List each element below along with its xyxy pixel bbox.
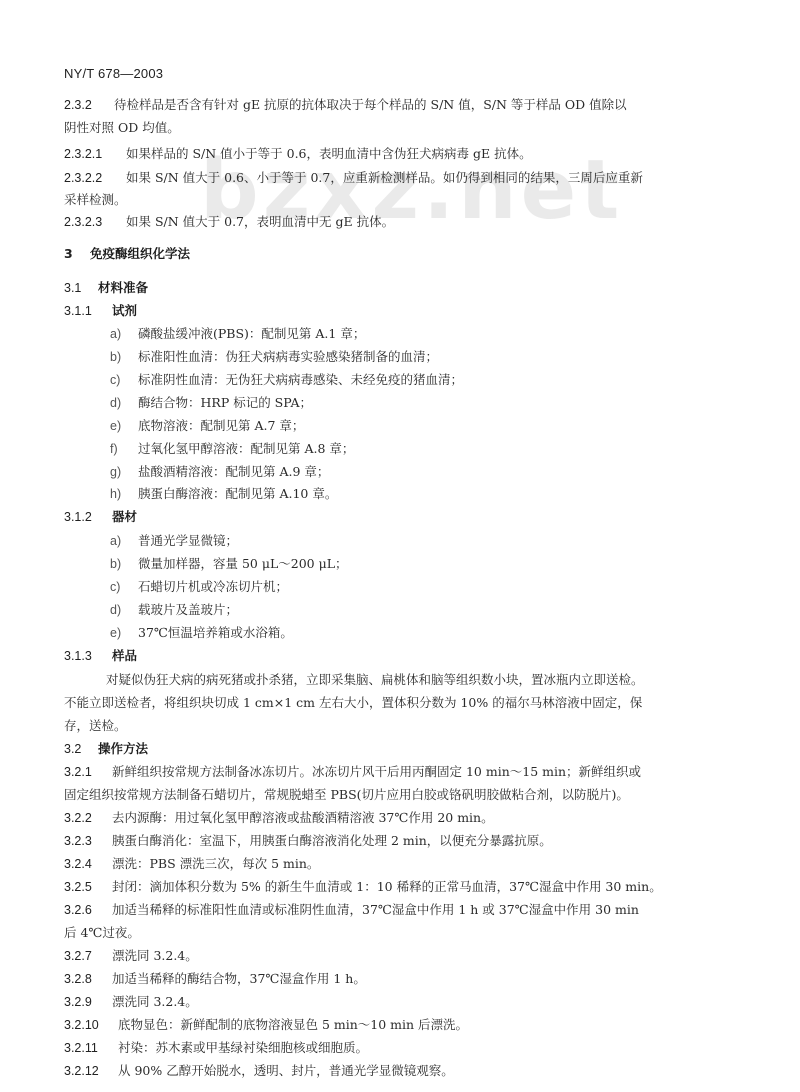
document-page: NY/T 678—2003 bzxz.net 2.3.2 待检样品是否含有针对 … (0, 0, 800, 1092)
list-label: a) (110, 533, 138, 549)
list-item: g)盐酸酒精溶液：配制见第 A.9 章； (110, 464, 782, 480)
list-item: a)磷酸盐缓冲液(PBS)：配制见第 A.1 章； (110, 326, 782, 342)
list-text: 石蜡切片机或冷冻切片机； (138, 579, 288, 594)
clause-number: 3.2.11 (64, 1040, 114, 1056)
list-item: a)普通光学显微镜； (110, 533, 782, 549)
section-number: 3.1 (64, 280, 94, 296)
list-label: b) (110, 349, 138, 365)
clause-text: 胰蛋白酶消化：室温下，用胰蛋白酶溶液消化处理 2 min，以便充分暴露抗原。 (112, 833, 552, 848)
chapter-3-heading: 3 免疫酶组织化学法 (64, 246, 736, 262)
clause-3-2-11: 3.2.11 衬染：苏木素或甲基绿衬染细胞核或细胞质。 (64, 1040, 736, 1056)
clause-number: 2.3.2.3 (64, 214, 122, 230)
section-3-2-heading: 3.2 操作方法 (64, 741, 736, 757)
list-text: 标准阴性血清：无伪狂犬病病毒感染、未经免疫的猪血清； (138, 372, 463, 387)
list-label: a) (110, 326, 138, 342)
list-label: c) (110, 372, 138, 388)
section-title: 样品 (112, 648, 137, 663)
list-text: 过氧化氢甲醇溶液：配制见第 A.8 章； (138, 441, 354, 456)
section-title: 器材 (112, 509, 137, 524)
clause-text: 新鲜组织按常规方法制备冰冻切片。冰冻切片风干后用丙酮固定 10 min～15 m… (112, 764, 641, 779)
list-text: 37℃恒温培养箱或水浴箱。 (138, 625, 293, 640)
list-label: d) (110, 395, 138, 411)
list-item: d)载玻片及盖玻片； (110, 602, 782, 618)
clause-text: 如果 S/N 值大于 0.7，表明血清中无 gE 抗体。 (126, 214, 394, 229)
section-number: 3.1.1 (64, 303, 108, 319)
list-label: d) (110, 602, 138, 618)
section-number: 3.1.3 (64, 648, 108, 664)
paragraph-text: 不能立即送检者，将组织块切成 1 cm×1 cm 左右大小，置体积分数为 10%… (64, 695, 642, 710)
clause-2-3-2: 2.3.2 待检样品是否含有针对 gE 抗原的抗体取决于每个样品的 S/N 值，… (64, 97, 736, 113)
list-item: c)标准阴性血清：无伪狂犬病病毒感染、未经免疫的猪血清； (110, 372, 782, 388)
chapter-number: 3 (64, 246, 86, 262)
clause-3-2-2: 3.2.2 去内源酶：用过氧化氢甲醇溶液或盐酸酒精溶液 37℃作用 20 min… (64, 810, 736, 826)
clause-text: 加适当稀释的酶结合物，37℃湿盒作用 1 h。 (112, 971, 366, 986)
list-item: b)微量加样器，容量 50 μL～200 μL； (110, 556, 782, 572)
clause-text: 采样检测。 (64, 192, 127, 207)
list-text: 胰蛋白酶溶液：配制见第 A.10 章。 (138, 486, 337, 501)
clause-text: 加适当稀释的标准阳性血清或标准阴性血清，37℃湿盒中作用 1 h 或 37℃湿盒… (112, 902, 639, 917)
clause-number: 3.2.1 (64, 764, 108, 780)
clause-2-3-2-1: 2.3.2.1 如果样品的 S/N 值小于等于 0.6，表明血清中含伪狂犬病病毒… (64, 146, 736, 162)
clause-2-3-2-2: 2.3.2.2 如果 S/N 值大于 0.6、小于等于 0.7，应重新检测样品。… (64, 170, 736, 186)
clause-3-2-12: 3.2.12 从 90% 乙醇开始脱水，透明、封片，普通光学显微镜观察。 (64, 1063, 736, 1079)
list-item: f)过氧化氢甲醇溶液：配制见第 A.8 章； (110, 441, 782, 457)
clause-2-3-2-cont: 阴性对照 OD 均值。 (64, 120, 736, 136)
section-title: 试剂 (112, 303, 137, 318)
clause-3-2-3: 3.2.3 胰蛋白酶消化：室温下，用胰蛋白酶溶液消化处理 2 min，以便充分暴… (64, 833, 736, 849)
clause-3-2-7: 3.2.7 漂洗同 3.2.4。 (64, 948, 736, 964)
clause-number: 3.2.6 (64, 902, 108, 918)
clause-3-2-1-cont: 固定组织按常规方法制备石蜡切片，常规脱蜡至 PBS(切片应用白胶或铬矾明胶做粘合… (64, 787, 736, 803)
clause-3-2-6-cont: 后 4℃过夜。 (64, 925, 736, 941)
clause-3-2-5: 3.2.5 封闭：滴加体积分数为 5% 的新生牛血清或 1：10 稀释的正常马血… (64, 879, 736, 895)
clause-text: 如果样品的 S/N 值小于等于 0.6，表明血清中含伪狂犬病病毒 gE 抗体。 (126, 146, 532, 161)
section-3-1-2-heading: 3.1.2 器材 (64, 509, 736, 525)
list-label: f) (110, 441, 138, 457)
clause-3-2-4: 3.2.4 漂洗：PBS 漂洗三次，每次 5 min。 (64, 856, 736, 872)
clause-3-2-6: 3.2.6 加适当稀释的标准阳性血清或标准阴性血清，37℃湿盒中作用 1 h 或… (64, 902, 736, 918)
clause-text: 后 4℃过夜。 (64, 925, 140, 940)
clause-text: 待检样品是否含有针对 gE 抗原的抗体取决于每个样品的 S/N 值，S/N 等于… (114, 97, 627, 112)
list-label: e) (110, 625, 138, 641)
list-text: 普通光学显微镜； (138, 533, 238, 548)
clause-number: 2.3.2 (64, 97, 110, 113)
section-title: 材料准备 (98, 280, 148, 295)
clause-text: 底物显色：新鲜配制的底物溶液显色 5 min～10 min 后漂洗。 (118, 1017, 468, 1032)
list-item: c)石蜡切片机或冷冻切片机； (110, 579, 782, 595)
clause-text: 去内源酶：用过氧化氢甲醇溶液或盐酸酒精溶液 37℃作用 20 min。 (112, 810, 494, 825)
standard-code-header: NY/T 678—2003 (64, 66, 163, 81)
list-label: b) (110, 556, 138, 572)
list-item: e)底物溶液：配制见第 A.7 章； (110, 418, 782, 434)
clause-number: 3.2.7 (64, 948, 108, 964)
clause-number: 3.2.5 (64, 879, 108, 895)
paragraph-line: 不能立即送检者，将组织块切成 1 cm×1 cm 左右大小，置体积分数为 10%… (64, 695, 736, 711)
clause-text: 从 90% 乙醇开始脱水，透明、封片，普通光学显微镜观察。 (118, 1063, 454, 1078)
paragraph-text: 存，送检。 (64, 718, 127, 733)
list-text: 微量加样器，容量 50 μL～200 μL； (138, 556, 348, 571)
clause-text: 漂洗同 3.2.4。 (112, 994, 198, 1009)
clause-3-2-10: 3.2.10 底物显色：新鲜配制的底物溶液显色 5 min～10 min 后漂洗… (64, 1017, 736, 1033)
clause-number: 3.2.10 (64, 1017, 114, 1033)
clause-number: 3.2.3 (64, 833, 108, 849)
clause-3-2-8: 3.2.8 加适当稀释的酶结合物，37℃湿盒作用 1 h。 (64, 971, 736, 987)
list-item: b)标准阳性血清：伪狂犬病病毒实验感染猪制备的血清； (110, 349, 782, 365)
list-label: h) (110, 486, 138, 502)
clause-number: 3.2.12 (64, 1063, 114, 1079)
section-title: 操作方法 (98, 741, 148, 756)
section-3-1-heading: 3.1 材料准备 (64, 280, 736, 296)
list-text: 磷酸盐缓冲液(PBS)：配制见第 A.1 章； (138, 326, 365, 341)
clause-number: 2.3.2.2 (64, 170, 122, 186)
clause-number: 3.2.9 (64, 994, 108, 1010)
paragraph-line: 存，送检。 (64, 718, 736, 734)
clause-text: 如果 S/N 值大于 0.6、小于等于 0.7，应重新检测样品。如仍得到相同的结… (126, 170, 643, 185)
clause-text: 阴性对照 OD 均值。 (64, 120, 180, 135)
list-label: e) (110, 418, 138, 434)
section-3-1-3-heading: 3.1.3 样品 (64, 648, 736, 664)
clause-text: 漂洗：PBS 漂洗三次，每次 5 min。 (112, 856, 319, 871)
clause-text: 漂洗同 3.2.4。 (112, 948, 198, 963)
paragraph-text: 对疑似伪狂犬病的病死猪或扑杀猪，立即采集脑、扁桃体和脑等组织数小块，置冰瓶内立即… (106, 672, 644, 687)
list-item: e)37℃恒温培养箱或水浴箱。 (110, 625, 782, 641)
clause-number: 3.2.4 (64, 856, 108, 872)
section-3-1-1-heading: 3.1.1 试剂 (64, 303, 736, 319)
clause-2-3-2-3: 2.3.2.3 如果 S/N 值大于 0.7，表明血清中无 gE 抗体。 (64, 214, 736, 230)
list-text: 盐酸酒精溶液：配制见第 A.9 章； (138, 464, 329, 479)
clause-2-3-2-2-cont: 采样检测。 (64, 192, 736, 208)
clause-text: 封闭：滴加体积分数为 5% 的新生牛血清或 1：10 稀释的正常马血清，37℃湿… (112, 879, 662, 894)
list-item: d)酶结合物：HRP 标记的 SPA； (110, 395, 782, 411)
list-text: 标准阳性血清：伪狂犬病病毒实验感染猪制备的血清； (138, 349, 438, 364)
list-text: 载玻片及盖玻片； (138, 602, 238, 617)
list-item: h)胰蛋白酶溶液：配制见第 A.10 章。 (110, 486, 782, 502)
clause-number: 3.2.2 (64, 810, 108, 826)
clause-3-2-9: 3.2.9 漂洗同 3.2.4。 (64, 994, 736, 1010)
clause-text: 固定组织按常规方法制备石蜡切片，常规脱蜡至 PBS(切片应用白胶或铬矾明胶做粘合… (64, 787, 629, 802)
clause-3-2-1: 3.2.1 新鲜组织按常规方法制备冰冻切片。冰冻切片风干后用丙酮固定 10 mi… (64, 764, 736, 780)
clause-number: 2.3.2.1 (64, 146, 122, 162)
chapter-title: 免疫酶组织化学法 (90, 246, 190, 261)
list-text: 底物溶液：配制见第 A.7 章； (138, 418, 304, 433)
list-text: 酶结合物：HRP 标记的 SPA； (138, 395, 312, 410)
section-number: 3.2 (64, 741, 94, 757)
list-label: g) (110, 464, 138, 480)
section-number: 3.1.2 (64, 509, 108, 525)
clause-number: 3.2.8 (64, 971, 108, 987)
paragraph-line: 对疑似伪狂犬病的病死猪或扑杀猪，立即采集脑、扁桃体和脑等组织数小块，置冰瓶内立即… (106, 672, 778, 688)
list-label: c) (110, 579, 138, 595)
clause-text: 衬染：苏木素或甲基绿衬染细胞核或细胞质。 (118, 1040, 368, 1055)
